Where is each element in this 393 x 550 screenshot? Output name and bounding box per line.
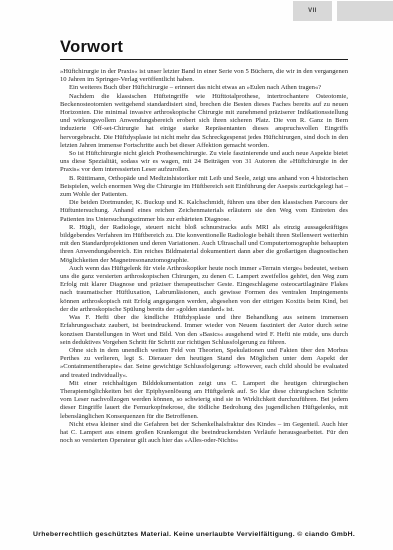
- paragraph: Nicht etwa kleiner sind die Gefahren bei…: [60, 421, 348, 446]
- paragraph: B. Rüttimann, Orthopäde und Medizinhisto…: [60, 175, 348, 200]
- paragraph: Die beiden Dortmunder, K. Buckup und K. …: [60, 199, 348, 224]
- page-number-tab: VII: [293, 1, 332, 21]
- paragraph: R. Hügli, der Radiologe, steuert nicht b…: [60, 224, 348, 265]
- title-rule: [60, 59, 348, 60]
- book-page: VII Vorwort »Hüftchirurgie in der Praxis…: [0, 0, 393, 550]
- paragraph: Auch wenn das Hüftgelenk für viele Arthr…: [60, 265, 348, 314]
- page-title: Vorwort: [60, 38, 123, 57]
- page-number: VII: [308, 8, 317, 14]
- paragraph: Ohne sich in dem unendlich weiten Feld v…: [60, 347, 348, 380]
- paragraph: So ist Hüftchirurgie nicht gleich Prothe…: [60, 150, 348, 175]
- paragraph: »Hüftchirurgie in der Praxis« ist unser …: [60, 68, 348, 84]
- body-text: »Hüftchirurgie in der Praxis« ist unser …: [60, 68, 348, 445]
- paragraph: Ein weiteres Buch über Hüftchirurgie – e…: [60, 84, 348, 92]
- paragraph: Was F. Hefti über die kindliche Hüftdysp…: [60, 314, 348, 347]
- copyright-footer: Urheberrechtlich geschütztes Material. K…: [33, 531, 383, 538]
- paragraph: Nachdem die klassischen Hüfteingriffe wi…: [60, 93, 348, 150]
- paragraph: Mit einer reichhaltigen Bilddokumentatio…: [60, 380, 348, 421]
- corner-tab: [337, 1, 393, 21]
